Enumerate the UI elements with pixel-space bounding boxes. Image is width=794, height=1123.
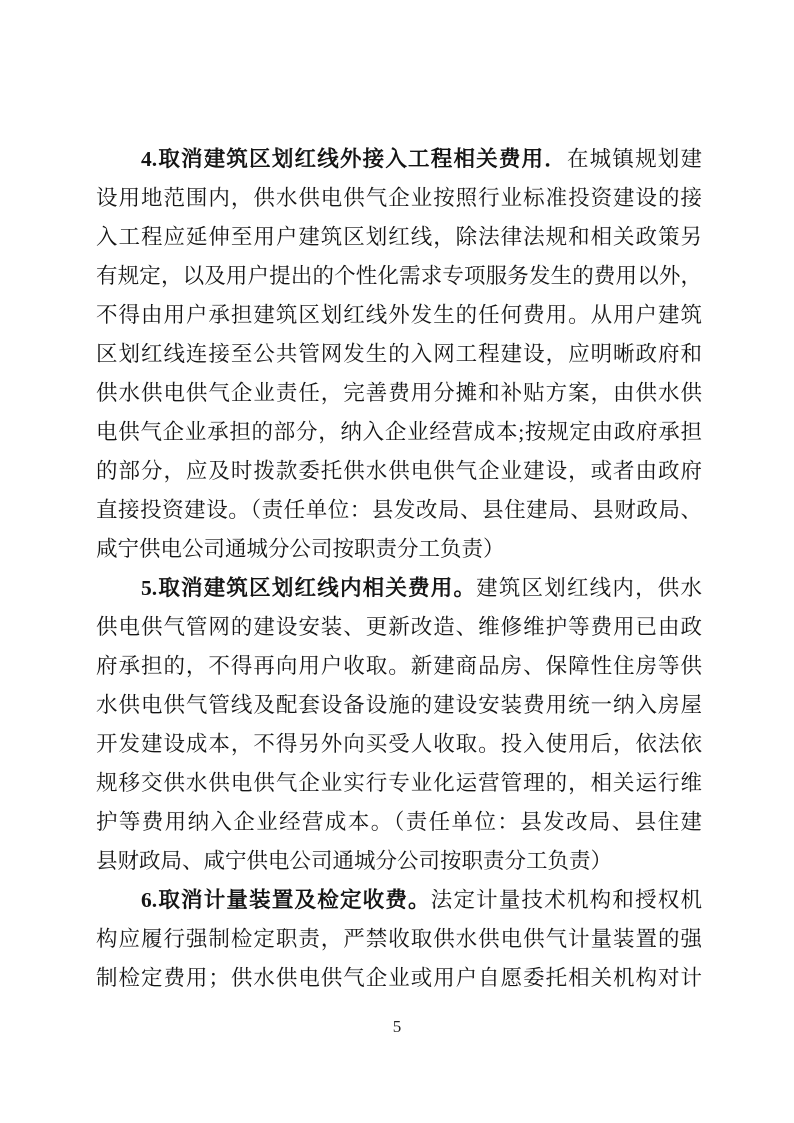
paragraph-item-5: 5.取消建筑区划红线内相关费用。建筑区划红线内，供水 供电供气管网的建设安装、更… [96, 569, 702, 881]
document-body: 4.取消建筑区划红线外接入工程相关费用．在城镇规划建 设用地范围内，供水供电供气… [96, 140, 702, 998]
text-line: 规移交供水供电供气企业实行专业化运营管理的，相关运行维 [96, 764, 702, 803]
text-line: 护等费用纳入企业经营成本。（责任单位：县发改局、县住建局、 [96, 803, 702, 842]
item-5-heading: 5.取消建筑区划红线内相关费用。 [141, 576, 476, 600]
text-line: 水供电供气管线及配套设备设施的建设安装费用统一纳入房屋 [96, 686, 702, 725]
paragraph-item-6: 6.取消计量装置及检定收费。法定计量技术机构和授权机 构应履行强制检定职责，严禁… [96, 881, 702, 998]
text-line: 4.取消建筑区划红线外接入工程相关费用．在城镇规划建 [96, 140, 702, 179]
text-line: 区划红线连接至公共管网发生的入网工程建设，应明晰政府和 [96, 335, 702, 374]
text-line: 供电供气管网的建设安装、更新改造、维修维护等费用已由政 [96, 608, 702, 647]
text-line: 供水供电供气企业责任，完善费用分摊和补贴方案，由供水供 [96, 374, 702, 413]
text-line: 县财政局、咸宁供电公司通城分公司按职责分工负责） [96, 842, 702, 881]
item-6-first-line-rest: 法定计量技术机构和授权机 [431, 888, 702, 912]
text-line: 的部分，应及时拨款委托供水供电供气企业建设，或者由政府 [96, 452, 702, 491]
text-line: 开发建设成本，不得另外向买受人收取。投入使用后，依法依 [96, 725, 702, 764]
text-line: 入工程应延伸至用户建筑区划红线，除法律法规和相关政策另 [96, 218, 702, 257]
text-line: 5.取消建筑区划红线内相关费用。建筑区划红线内，供水 [96, 569, 702, 608]
item-4-heading: 4.取消建筑区划红线外接入工程相关费用． [141, 147, 567, 171]
text-line: 不得由用户承担建筑区划红线外发生的任何费用。从用户建筑 [96, 296, 702, 335]
item-5-first-line-rest: 建筑区划红线内，供水 [476, 576, 702, 600]
item-6-heading: 6.取消计量装置及检定收费。 [141, 888, 431, 912]
paragraph-item-4: 4.取消建筑区划红线外接入工程相关费用．在城镇规划建 设用地范围内，供水供电供气… [96, 140, 702, 569]
text-line: 设用地范围内，供水供电供气企业按照行业标准投资建设的接 [96, 179, 702, 218]
item-4-first-line-rest: 在城镇规划建 [567, 147, 702, 171]
text-line: 6.取消计量装置及检定收费。法定计量技术机构和授权机 [96, 881, 702, 920]
document-page: 4.取消建筑区划红线外接入工程相关费用．在城镇规划建 设用地范围内，供水供电供气… [0, 0, 794, 1123]
text-line: 府承担的，不得再向用户收取。新建商品房、保障性住房等供 [96, 647, 702, 686]
page-number: 5 [0, 1016, 794, 1038]
text-line: 电供气企业承担的部分，纳入企业经营成本;按规定由政府承担 [96, 413, 702, 452]
text-line: 构应履行强制检定职责，严禁收取供水供电供气计量装置的强 [96, 920, 702, 959]
text-line: 咸宁供电公司通城分公司按职责分工负责） [96, 530, 702, 569]
text-line: 制检定费用；供水供电供气企业或用户自愿委托相关机构对计 [96, 959, 702, 998]
text-line: 直接投资建设。（责任单位：县发改局、县住建局、县财政局、 [96, 491, 702, 530]
text-line: 有规定，以及用户提出的个性化需求专项服务发生的费用以外， [96, 257, 702, 296]
